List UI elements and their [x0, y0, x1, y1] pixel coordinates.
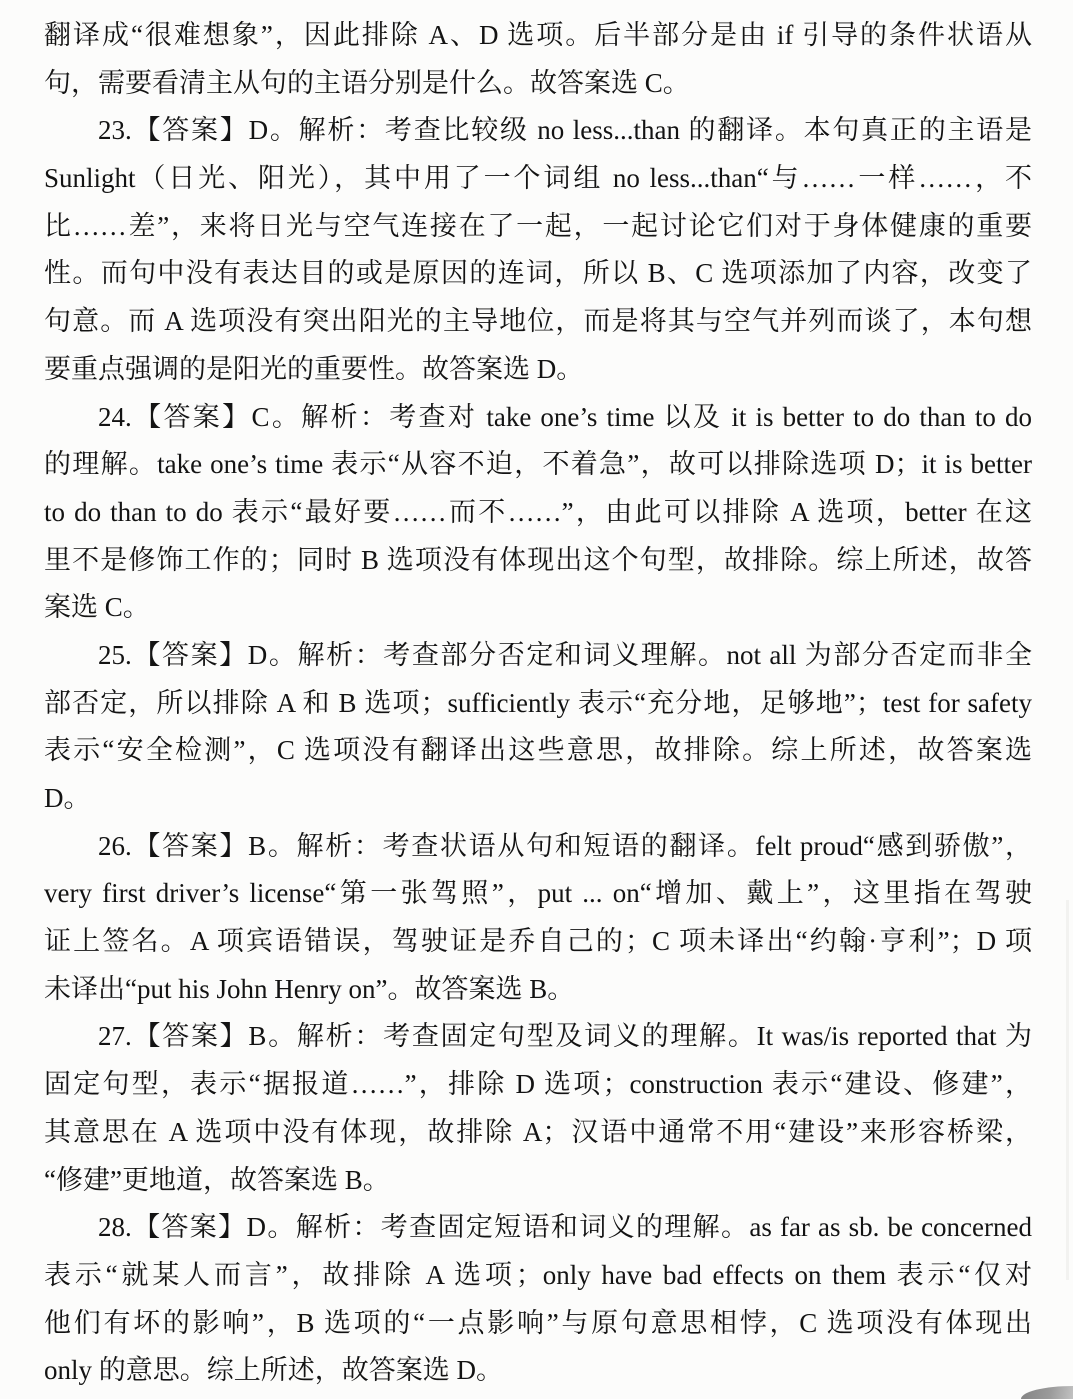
- text-line: Sunlight（日光、阳光），其中用了一个词组 no less...than“…: [44, 155, 1032, 203]
- text-line: to do than to do 表示“最好要……而不……”，由此可以排除 A …: [44, 489, 1032, 537]
- text-line: 句，需要看清主从句的主语分别是什么。故答案选 C。: [44, 60, 1032, 108]
- text-line: 比……差”，来将日光与空气连接在了一起，一起讨论它们对于身体健康的重要: [44, 203, 1032, 251]
- paragraph: 26.【答案】B。解析：考查状语从句和短语的翻译。felt proud“感到骄傲…: [44, 823, 1032, 1014]
- paragraph: 28.【答案】D。解析：考查固定短语和词义的理解。as far as sb. b…: [44, 1204, 1032, 1395]
- document-page: 翻译成“很难想象”，因此排除 A、D 选项。后半部分是由 if 引导的条件状语从…: [44, 12, 1032, 1395]
- text-line: 未译出“put his John Henry on”。故答案选 B。: [44, 966, 1032, 1014]
- paragraph: 23.【答案】D。解析：考查比较级 no less...than 的翻译。本句真…: [44, 107, 1032, 393]
- text-line: very first driver’s license“第一张驾照”，put .…: [44, 870, 1032, 918]
- text-line: 性。而句中没有表达目的或是原因的连词，所以 B、C 选项添加了内容，改变了: [44, 250, 1032, 298]
- text-line: only 的意思。综上所述，故答案选 D。: [44, 1347, 1032, 1395]
- text-line: 28.【答案】D。解析：考查固定短语和词义的理解。as far as sb. b…: [44, 1204, 1032, 1252]
- text-line: 翻译成“很难想象”，因此排除 A、D 选项。后半部分是由 if 引导的条件状语从: [44, 12, 1032, 60]
- text-line: 25.【答案】D。解析：考查部分否定和词义理解。not all 为部分否定而非全: [44, 632, 1032, 680]
- text-line: 要重点强调的是阳光的重要性。故答案选 D。: [44, 346, 1032, 394]
- text-line: 句意。而 A 选项没有突出阳光的主导地位，而是将其与空气并列而谈了，本句想: [44, 298, 1032, 346]
- text-line: 23.【答案】D。解析：考查比较级 no less...than 的翻译。本句真…: [44, 107, 1032, 155]
- text-line: “修建”更地道，故答案选 B。: [44, 1157, 1032, 1205]
- page-text: 翻译成“很难想象”，因此排除 A、D 选项。后半部分是由 if 引导的条件状语从…: [44, 12, 1032, 1395]
- paragraph: 27.【答案】B。解析：考查固定句型及词义的理解。It was/is repor…: [44, 1013, 1032, 1204]
- text-line: 26.【答案】B。解析：考查状语从句和短语的翻译。felt proud“感到骄傲…: [44, 823, 1032, 871]
- text-line: 其意思在 A 选项中没有体现，故排除 A；汉语中通常不用“建设”来形容桥梁，: [44, 1109, 1032, 1157]
- paragraph: 25.【答案】D。解析：考查部分否定和词义理解。not all 为部分否定而非全…: [44, 632, 1032, 823]
- text-line: 表示“安全检测”，C 选项没有翻译出这些意思，故排除。综上所述，故答案选: [44, 727, 1032, 775]
- paragraph: 翻译成“很难想象”，因此排除 A、D 选项。后半部分是由 if 引导的条件状语从…: [44, 12, 1032, 107]
- text-line: 表示“就某人而言”，故排除 A 选项；only have bad effects…: [44, 1252, 1032, 1300]
- text-line: D。: [44, 775, 1032, 823]
- scan-streak-artifact: [1066, 900, 1069, 1280]
- text-line: 27.【答案】B。解析：考查固定句型及词义的理解。It was/is repor…: [44, 1013, 1032, 1061]
- text-line: 里不是修饰工作的；同时 B 选项没有体现出这个句型，故排除。综上所述，故答: [44, 537, 1032, 585]
- text-line: 部否定，所以排除 A 和 B 选项；sufficiently 表示“充分地，足够…: [44, 680, 1032, 728]
- paragraph: 24.【答案】C。解析：考查对 take one’s time 以及 it is…: [44, 394, 1032, 632]
- text-line: 证上签名。A 项宾语错误，驾驶证是乔自己的；C 项未译出“约翰·亨利”；D 项: [44, 918, 1032, 966]
- text-line: 24.【答案】C。解析：考查对 take one’s time 以及 it is…: [44, 394, 1032, 442]
- text-line: 他们有坏的影响”，B 选项的“一点影响”与原句意思相悖，C 选项没有体现出: [44, 1300, 1032, 1348]
- text-line: 的理解。take one’s time 表示“从容不迫，不着急”，故可以排除选项…: [44, 441, 1032, 489]
- text-line: 固定句型，表示“据报道……”，排除 D 选项；construction 表示“建…: [44, 1061, 1032, 1109]
- text-line: 案选 C。: [44, 584, 1032, 632]
